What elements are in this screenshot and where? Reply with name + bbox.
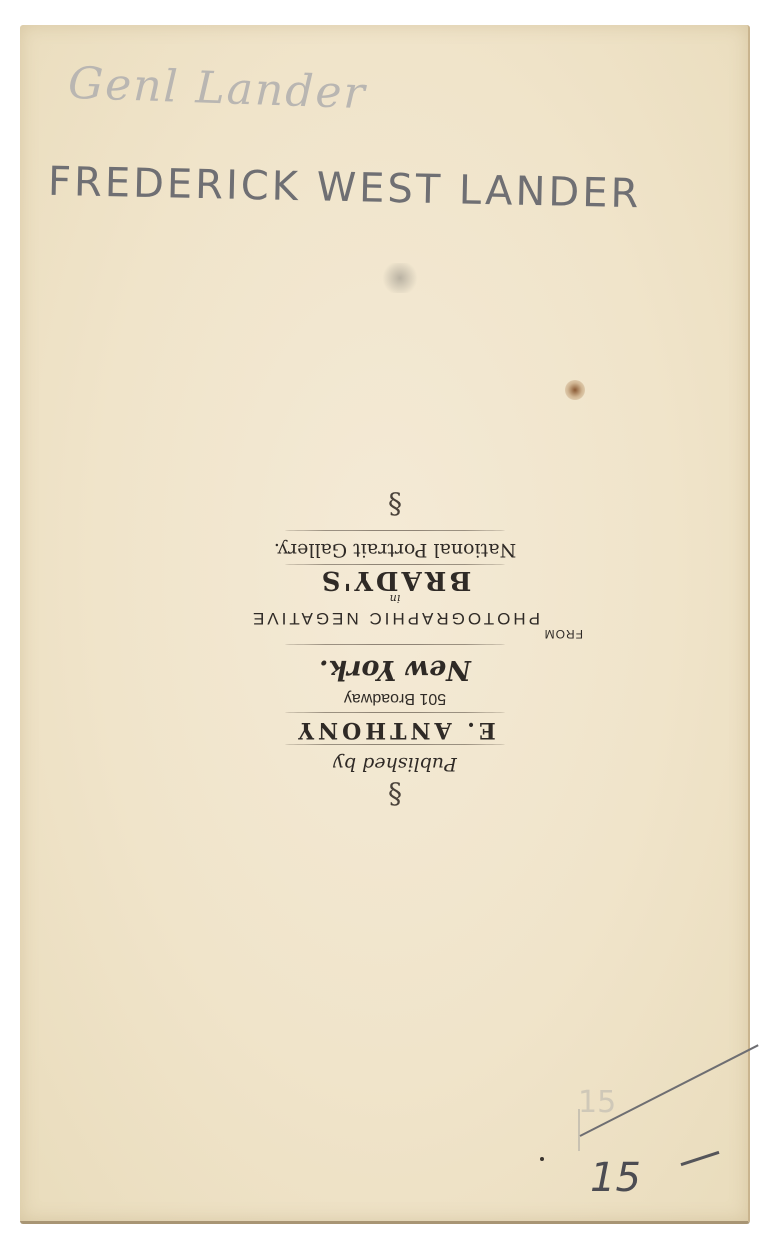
bottom-flourish-icon: §	[388, 488, 402, 521]
ink-dot	[540, 1157, 544, 1161]
foxing-spot	[565, 380, 585, 400]
stamp-published-by: Published by	[235, 753, 555, 775]
pencil-price-mark: 15 15	[540, 1065, 760, 1215]
stamp-rule	[285, 711, 505, 713]
top-flourish-icon: §	[388, 778, 402, 811]
pencil-script-annotation: Genl Lander	[67, 58, 367, 119]
stamp-negative-label: PHOTOGRAPHIC NEGATIVE	[235, 608, 555, 628]
stamp-rule	[285, 743, 505, 745]
erased-number: 15	[578, 1085, 616, 1120]
stamp-publisher: E. ANTHONY	[235, 717, 555, 743]
stamp-from-label: FROM	[544, 627, 583, 641]
publisher-stamp: § Published by E. ANTHONY 501 Broadway N…	[235, 473, 555, 803]
photo-card-back: Genl Lander FREDERICK WEST LANDER § Publ…	[20, 25, 750, 1224]
stamp-rule	[285, 563, 505, 565]
stamp-city: New York.	[235, 654, 555, 685]
stamp-rule	[285, 529, 505, 531]
erased-tick	[578, 1109, 580, 1151]
pencil-dash	[681, 1151, 720, 1166]
stamp-gallery: National Portrait Gallery.	[235, 539, 555, 561]
stamp-studio: BRADY'S	[235, 565, 555, 595]
pencil-name-annotation: FREDERICK WEST LANDER	[48, 159, 642, 217]
pencil-smudge	[380, 263, 420, 293]
stamp-rule	[285, 643, 505, 645]
stamp-address: 501 Broadway	[235, 689, 555, 707]
pencil-number: 15	[590, 1155, 641, 1201]
